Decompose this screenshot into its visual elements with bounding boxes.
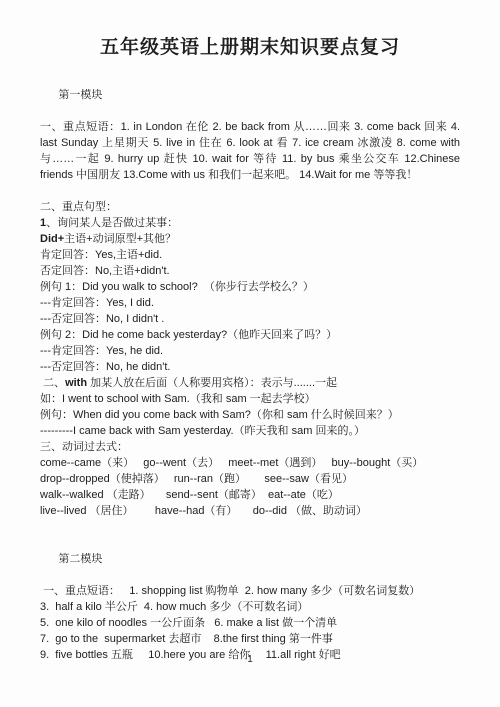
line-text: 例句：When did you come back with Sam?（你和 s… [40, 409, 399, 421]
module1-phrases-paragraph: 一、重点短语：1. in London 在伦 2. be back from 从… [40, 119, 460, 183]
line-text: 否定回答：No,主语+didn't. [40, 265, 170, 277]
text-line: 5. one kilo of noodles 一公斤面条 6. make a l… [40, 615, 460, 631]
line-text: 3. half a kilo 半公斤 4. how much 多少（不可数名词） [40, 601, 308, 613]
text-line: 如：I went to school with Sam.（我和 sam 一起去学… [40, 391, 460, 407]
line-text: walk--walked （走路） send--sent（邮寄） eat--at… [40, 489, 339, 501]
text-line: drop--dropped（使掉落） run--ran（跑） see--saw（… [40, 471, 460, 487]
text-line: 1、询问某人是否做过某事： [40, 215, 460, 231]
text-line: walk--walked （走路） send--sent（邮寄） eat--at… [40, 487, 460, 503]
text-line: 否定回答：No,主语+didn't. [40, 263, 460, 279]
line-text: 肯定回答：Yes,主语+did. [40, 249, 162, 261]
module2-heading: 第二模块 [40, 535, 460, 583]
line-text: 一、重点短语： 1. shopping list 购物单 2. how many… [40, 585, 420, 597]
text-line: ---否定回答：No, I didn't . [40, 311, 460, 327]
line-text: ---否定回答：No, he didn't. [40, 361, 170, 373]
text-line: come--came（来） go--went（去） meet--met（遇到） … [40, 455, 460, 471]
line-text: 、询问某人是否做过某事： [46, 217, 178, 229]
line-text: 5. one kilo of noodles 一公斤面条 6. make a l… [40, 617, 337, 629]
line-text: 例句 2：Did he come back yesterday?（他昨天回来了吗… [40, 329, 337, 341]
line-text: 如：I went to school with Sam.（我和 sam 一起去学… [40, 393, 316, 405]
line-bold-text: with [65, 377, 87, 389]
text-line: 例句 1：Did you walk to school? （你步行去学校么？） [40, 279, 460, 295]
line-text: 7. go to the supermarket 去超市 8.the first… [40, 633, 333, 645]
text-line: 肯定回答：Yes,主语+did. [40, 247, 460, 263]
line-bold-text: Did+ [40, 233, 64, 245]
line-text: live--lived （居住） have--had（有） do--did （做… [40, 505, 367, 517]
heading-text: 第一模块 [58, 89, 102, 101]
line-text: 二、 [40, 377, 65, 389]
sentence-patterns-section: 二、重点句型： 1、询问某人是否做过某事： Did+主语+动词原型+其他？ 肯定… [40, 199, 460, 519]
line-text: ---否定回答：No, I didn't . [40, 313, 164, 325]
doc-title: 五年级英语上册期末知识要点复习 [40, 36, 460, 60]
document-page: 五年级英语上册期末知识要点复习 第一模块 一、重点短语：1. in London… [0, 0, 500, 707]
line-text: 三、动词过去式： [40, 441, 128, 453]
text-line: Did+主语+动词原型+其他？ [40, 231, 460, 247]
text-line: 三、动词过去式： [40, 439, 460, 455]
text-line: 7. go to the supermarket 去超市 8.the first… [40, 631, 460, 647]
text-line: ---否定回答：No, he didn't. [40, 359, 460, 375]
text-line: 二、with 加某人放在后面（人称要用宾格）：表示与.......一起 [40, 375, 460, 391]
line-text: ---肯定回答：Yes, he did. [40, 345, 163, 357]
line-text: 主语+动词原型+其他？ [64, 233, 176, 245]
text-line: ---------I came back with Sam yesterday.… [40, 423, 460, 439]
line-text: come--came（来） go--went（去） meet--met（遇到） … [40, 457, 423, 469]
text-line: 例句：When did you come back with Sam?（你和 s… [40, 407, 460, 423]
text-line: 二、重点句型： [40, 199, 460, 215]
line-text: 二、重点句型： [40, 201, 117, 213]
line-text: ---肯定回答：Yes, I did. [40, 297, 154, 309]
line-text: 例句 1：Did you walk to school? （你步行去学校么？） [40, 281, 314, 293]
line-text: ---------I came back with Sam yesterday.… [40, 425, 365, 437]
text-line: ---肯定回答：Yes, I did. [40, 295, 460, 311]
module1-section: 第一模块 一、重点短语：1. in London 在伦 2. be back f… [40, 71, 460, 183]
text-line: ---肯定回答：Yes, he did. [40, 343, 460, 359]
module2-section: 第二模块 一、重点短语： 1. shopping list 购物单 2. how… [40, 535, 460, 663]
page-number: 1 [0, 654, 500, 665]
line-text: drop--dropped（使掉落） run--ran（跑） see--saw（… [40, 473, 353, 485]
text-line: live--lived （居住） have--had（有） do--did （做… [40, 503, 460, 519]
module1-heading: 第一模块 [40, 71, 460, 119]
line-text: 加某人放在后面（人称要用宾格）：表示与.......一起 [87, 377, 337, 389]
heading-text: 第二模块 [58, 553, 102, 565]
text-line: 一、重点短语： 1. shopping list 购物单 2. how many… [40, 583, 460, 599]
text-line: 例句 2：Did he come back yesterday?（他昨天回来了吗… [40, 327, 460, 343]
text-line: 3. half a kilo 半公斤 4. how much 多少（不可数名词） [40, 599, 460, 615]
